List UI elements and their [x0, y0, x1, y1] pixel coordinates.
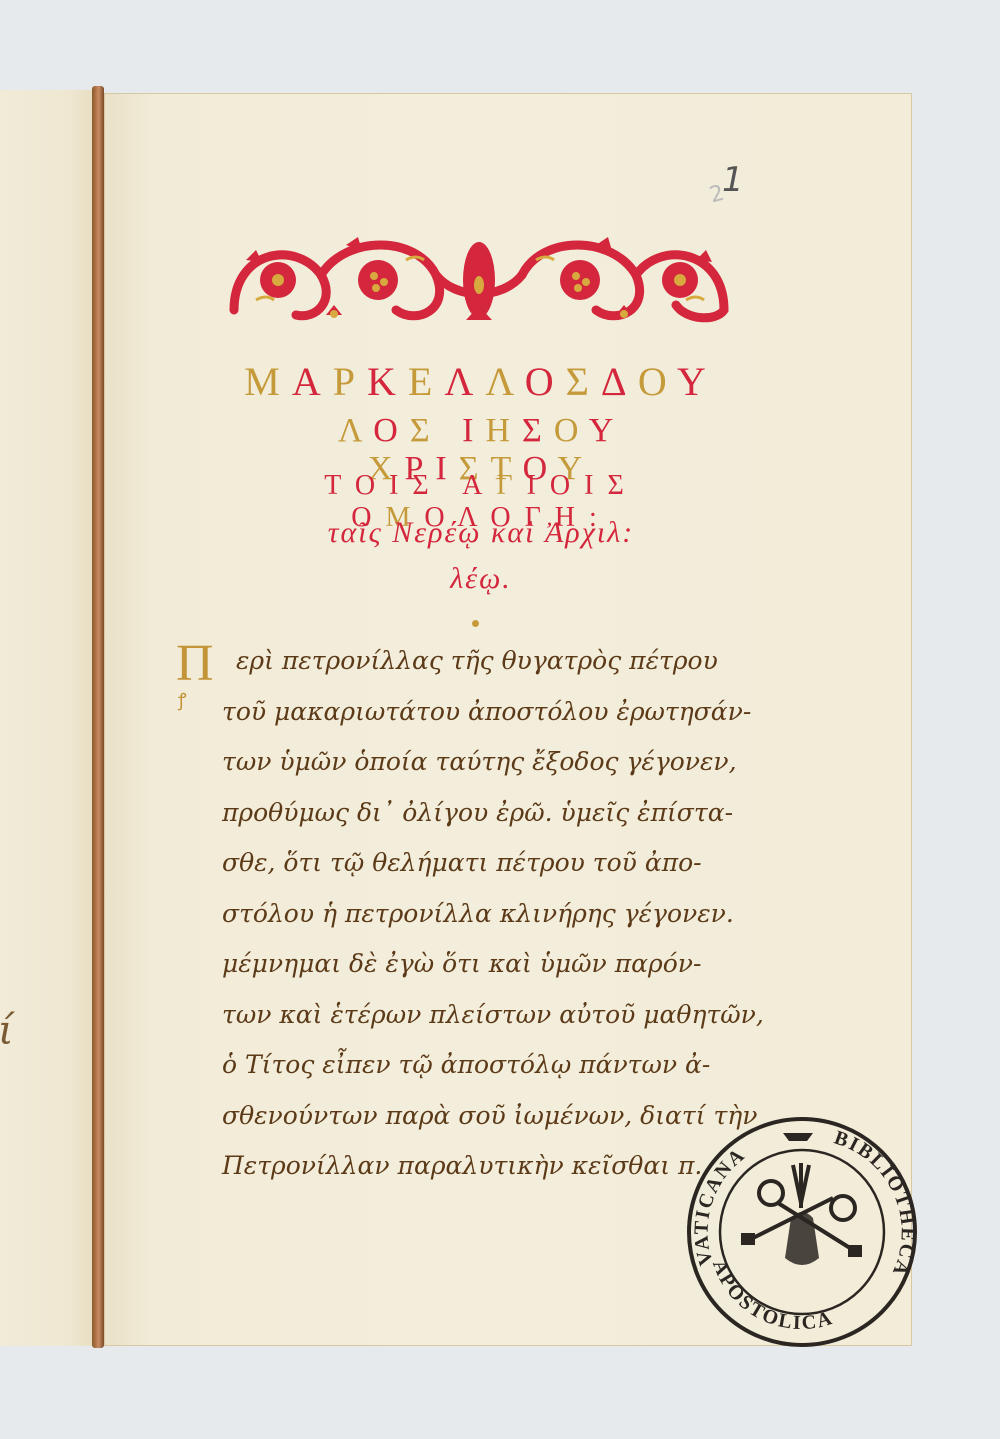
gold-dot-ornament	[472, 620, 479, 627]
svg-text:APOSTOLICA: APOSTOLICA	[708, 1257, 836, 1335]
initial-flourish-icon: ꝭ	[178, 688, 187, 712]
text-line: σθε, ὅτι τῷ θελήματι πέτρου τοῦ ἀπο-	[222, 838, 722, 889]
text-line: Πετρονίλλαν παραλυτικὴν κεῖσθαι π.	[222, 1141, 722, 1192]
book-spine	[92, 86, 104, 1348]
text-line: σθενούντων παρὰ σοῦ ἰωμένων, διατί τὴν	[222, 1091, 722, 1142]
svg-text:VATICANA: VATICANA	[690, 1143, 749, 1267]
stamp-text-bottom: APOSTOLICA	[708, 1257, 836, 1335]
text-line: τοῦ μακαριωτάτου ἀποστόλου ἐρωτησάν-	[222, 687, 722, 738]
text-line: μέμνημαι δὲ ἐγὼ ὅτι καὶ ὑμῶν παρόν-	[222, 939, 722, 990]
floral-headpiece-ornament	[226, 230, 732, 325]
left-page-text-fragment: ί	[0, 1008, 14, 1054]
svg-text:BIBLIOTHECA: BIBLIOTHECA	[831, 1127, 919, 1281]
text-line: των καὶ ἑτέρων πλείστων αὐτοῦ μαθητῶν,	[222, 990, 722, 1041]
text-line: προθύμως δι᾽ ὀλίγου ἐρῶ. ὑμεῖς ἐπίστα-	[222, 788, 722, 839]
text-line: ερὶ πετρονίλλας τῆς θυγατρὸς πέτρου	[222, 636, 722, 687]
stamp-text-right: BIBLIOTHECA	[831, 1127, 919, 1281]
title-line-4: ταῖς Νερέῳ καὶ Ἀρχιλ:	[226, 516, 736, 550]
manuscript-body-text: ερὶ πετρονίλλας τῆς θυγατρὸς πέτρου τοῦ …	[222, 636, 722, 1192]
stamp-text-top: VATICANA	[690, 1143, 749, 1267]
folio-number: 1	[722, 160, 744, 200]
title-line-5: λέῳ.	[226, 562, 736, 596]
left-page: ί	[0, 90, 98, 1346]
title-line-1: ΜΑΡΚΕΛΛΟΣΔΟΥ	[226, 358, 736, 405]
text-line: των ὑμῶν ὁποία ταύτης ἔξοδος γέγονεν,	[222, 737, 722, 788]
vatican-library-stamp: VATICANA BIBLIOTHECA APOSTOLICA	[683, 1113, 921, 1351]
decorated-initial: Π	[176, 634, 214, 693]
text-line: στόλου ἡ πετρονίλλα κλινήρης γέγονεν.	[222, 889, 722, 940]
text-line: ὁ Τίτος εἶπεν τῷ ἀποστόλῳ πάντων ἀ-	[222, 1040, 722, 1091]
